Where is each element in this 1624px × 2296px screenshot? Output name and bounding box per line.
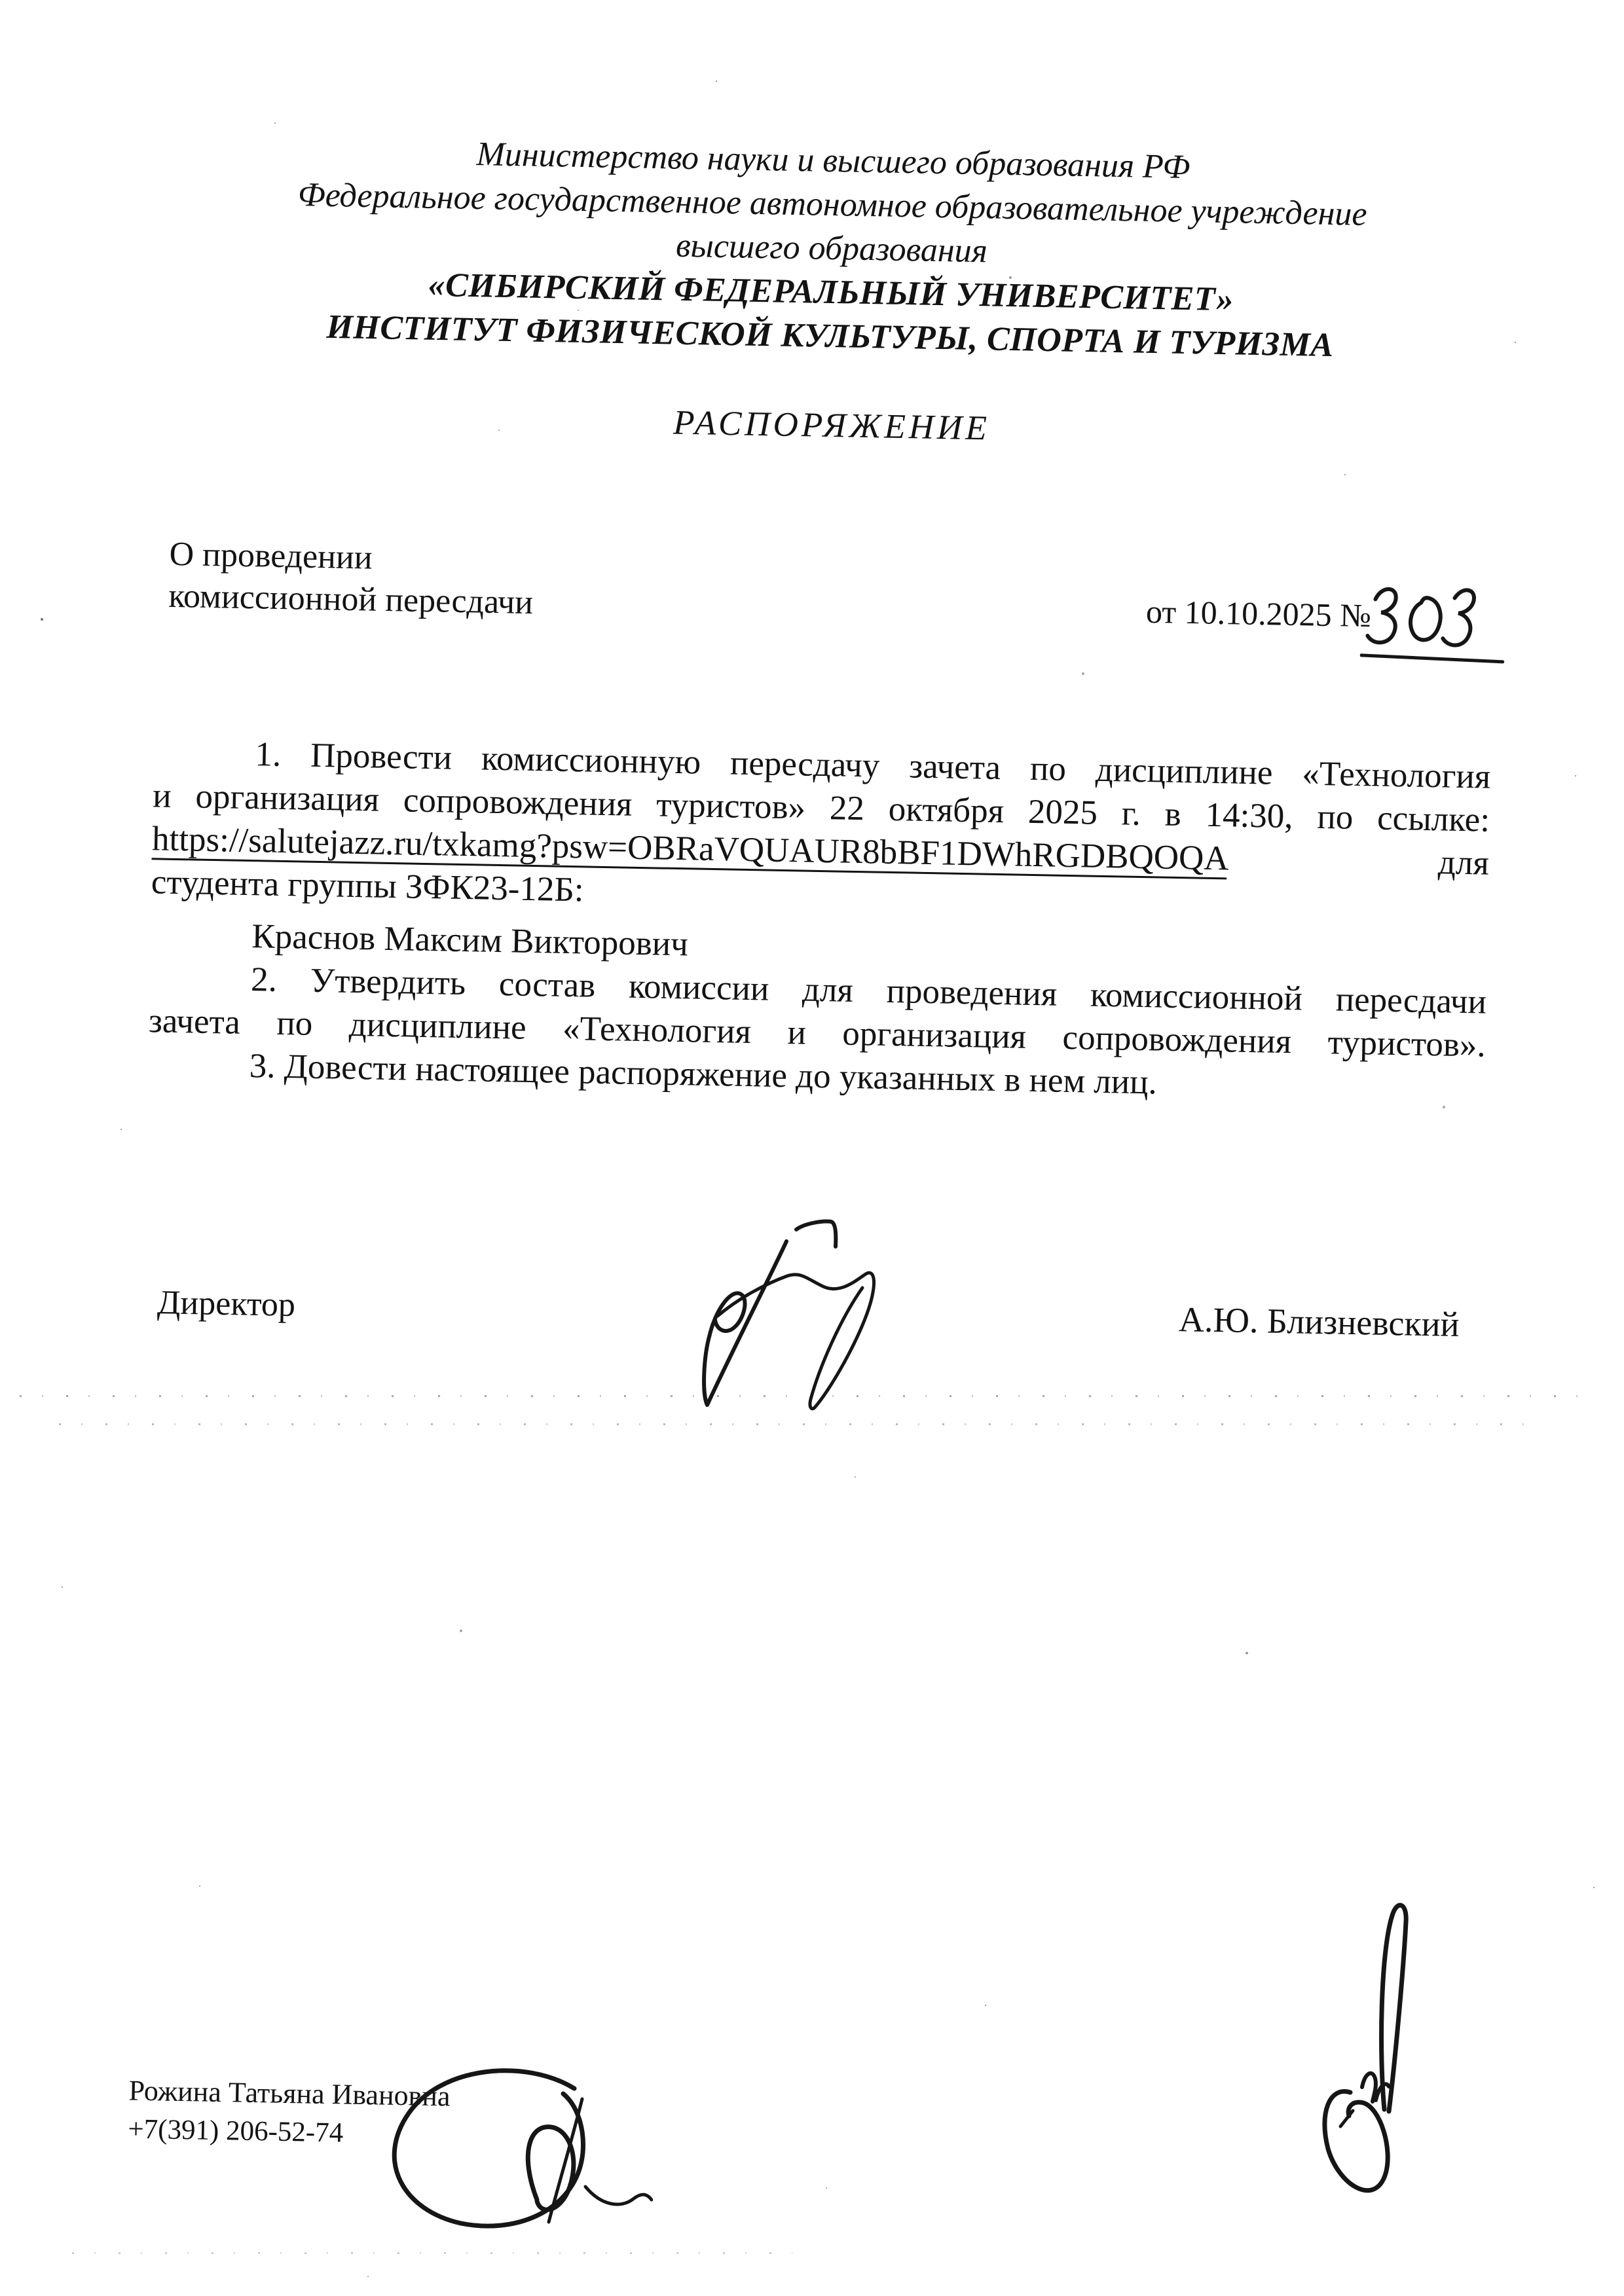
signer-role: Директор — [157, 1283, 295, 1324]
document-type-title: РАСПОРЯЖЕНИЕ — [131, 393, 1533, 458]
letterhead: Министерство науки и высшего образования… — [129, 126, 1534, 371]
subject-line-1: О проведении — [169, 534, 534, 582]
signer-name: А.Ю. Близневский — [1178, 1299, 1460, 1345]
date-number-line: от 10.10.2025 № 303 — [1145, 592, 1371, 634]
bottom-right-signature — [1310, 1892, 1481, 2223]
body-line-3-tail: для — [1437, 843, 1489, 882]
order-number-handwritten — [1360, 579, 1507, 668]
scan-noise-specks — [0, 0, 3, 3]
subject-block: О проведении комиссионной пересдачи — [168, 534, 534, 624]
date-prefix: от 10.10.2025 № — [1146, 593, 1372, 634]
director-signature — [642, 1190, 917, 1426]
scanned-order-document: Министерство науки и высшего образования… — [0, 0, 1624, 2296]
scan-artifact-row — [72, 2252, 792, 2254]
subject-line-2: комиссионной пересдачи — [168, 575, 534, 624]
contact-signature — [361, 2061, 653, 2238]
order-body: 1. Провести комиссионную пересдачу зачет… — [147, 731, 1491, 1110]
